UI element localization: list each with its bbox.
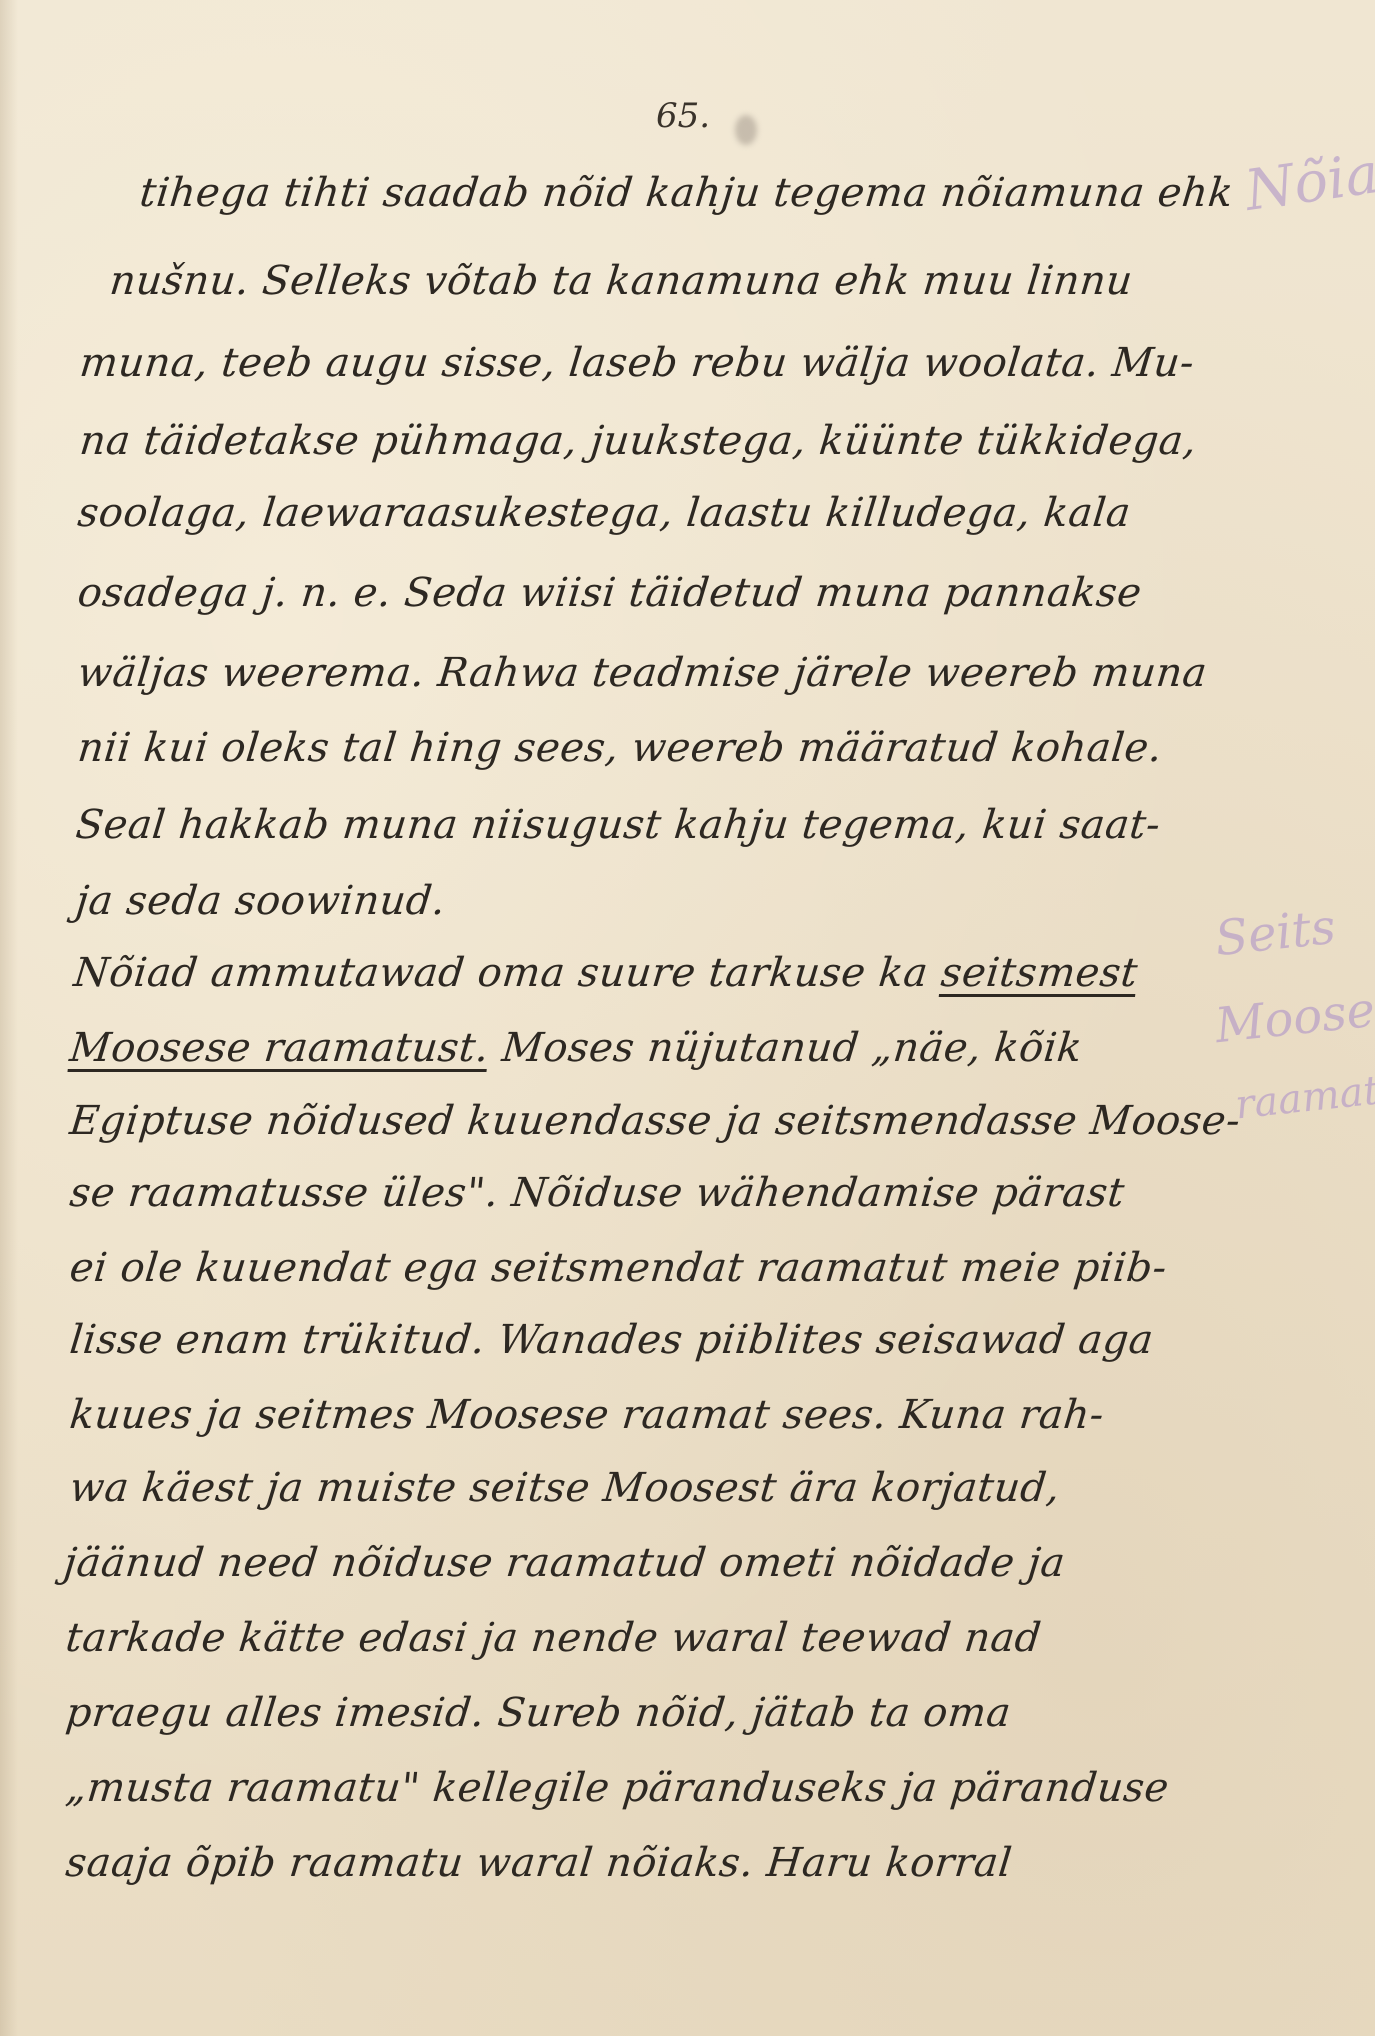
text-line-5: soolaga, laewaraasukestega, laastu killu… [76, 490, 1133, 536]
text-line-20: tarkade kätte edasi ja nende waral teewa… [64, 1615, 1044, 1661]
text-line-12: Moosese raamatust. Moses nüjutanud „näe,… [68, 1025, 1085, 1071]
manuscript-page: 65. tihega tihti saadab nõid kahju tegem… [0, 0, 1375, 2036]
text-line-4: na täidetakse pühmaga, juukstega, küünte… [78, 418, 1199, 464]
text-line-14: se raamatusse üles". Nõiduse wähendamise… [68, 1170, 1127, 1216]
text-line-2: nušnu. Selleks võtab ta kanamuna ehk muu… [108, 258, 1135, 304]
text-line-9: Seal hakkab muna niisugust kahju tegema,… [74, 802, 1163, 848]
margin-note-top: Nõia [1241, 141, 1375, 224]
text-line-10: ja seda soowinud. [74, 878, 448, 924]
text-line-18: wa käest ja muiste seitse Moosest ära ko… [68, 1465, 1063, 1511]
margin-note-middle-3: raamat [1233, 1068, 1375, 1129]
text-line-8: nii kui oleks tal hing sees, weereb määr… [76, 725, 1165, 771]
text-line-23: saaja õpib raamatu waral nõiaks. Haru ko… [64, 1840, 1015, 1886]
underlined-seitsmest: seitsmest [939, 950, 1140, 996]
text-line-7: wäljas weerema. Rahwa teadmise järele we… [76, 650, 1210, 696]
margin-note-middle-2: Moose [1213, 982, 1375, 1054]
page-number: 65. [656, 96, 710, 136]
text-line-13: Egiptuse nõidused kuuendasse ja seitsmen… [68, 1098, 1243, 1144]
text-line-11-start: Nõiad ammutawad oma suure tarkuse ka [72, 950, 944, 996]
ink-smudge [735, 115, 757, 145]
text-line-16: lisse enam trükitud. Wanades piiblites s… [68, 1317, 1156, 1363]
page-edge-shadow [0, 0, 18, 2036]
text-line-19: jäänud need nõiduse raamatud ometi nõida… [62, 1540, 1068, 1586]
text-line-12-end: Moses nüjutanud „näe, kõik [487, 1025, 1085, 1071]
text-line-15: ei ole kuuendat ega seitsmendat raamatut… [68, 1245, 1170, 1291]
text-line-1: tihega tihti saadab nõid kahju tegema nõ… [138, 170, 1236, 216]
margin-note-middle-1: Seits [1212, 899, 1338, 967]
text-line-11: Nõiad ammutawad oma suure tarkuse ka sei… [72, 950, 1140, 996]
text-line-21: praegu alles imesid. Sureb nõid, jätab t… [64, 1690, 1014, 1736]
text-line-22: „musta raamatu" kellegile päranduseks ja… [64, 1765, 1172, 1811]
underlined-moosese-raamatust: Moosese raamatust. [68, 1025, 492, 1071]
text-line-17: kuues ja seitmes Moosese raamat sees. Ku… [68, 1392, 1107, 1438]
text-line-6: osadega j. n. e. Seda wiisi täidetud mun… [76, 570, 1144, 616]
text-line-3: muna, teeb augu sisse, laseb rebu wälja … [78, 340, 1197, 386]
